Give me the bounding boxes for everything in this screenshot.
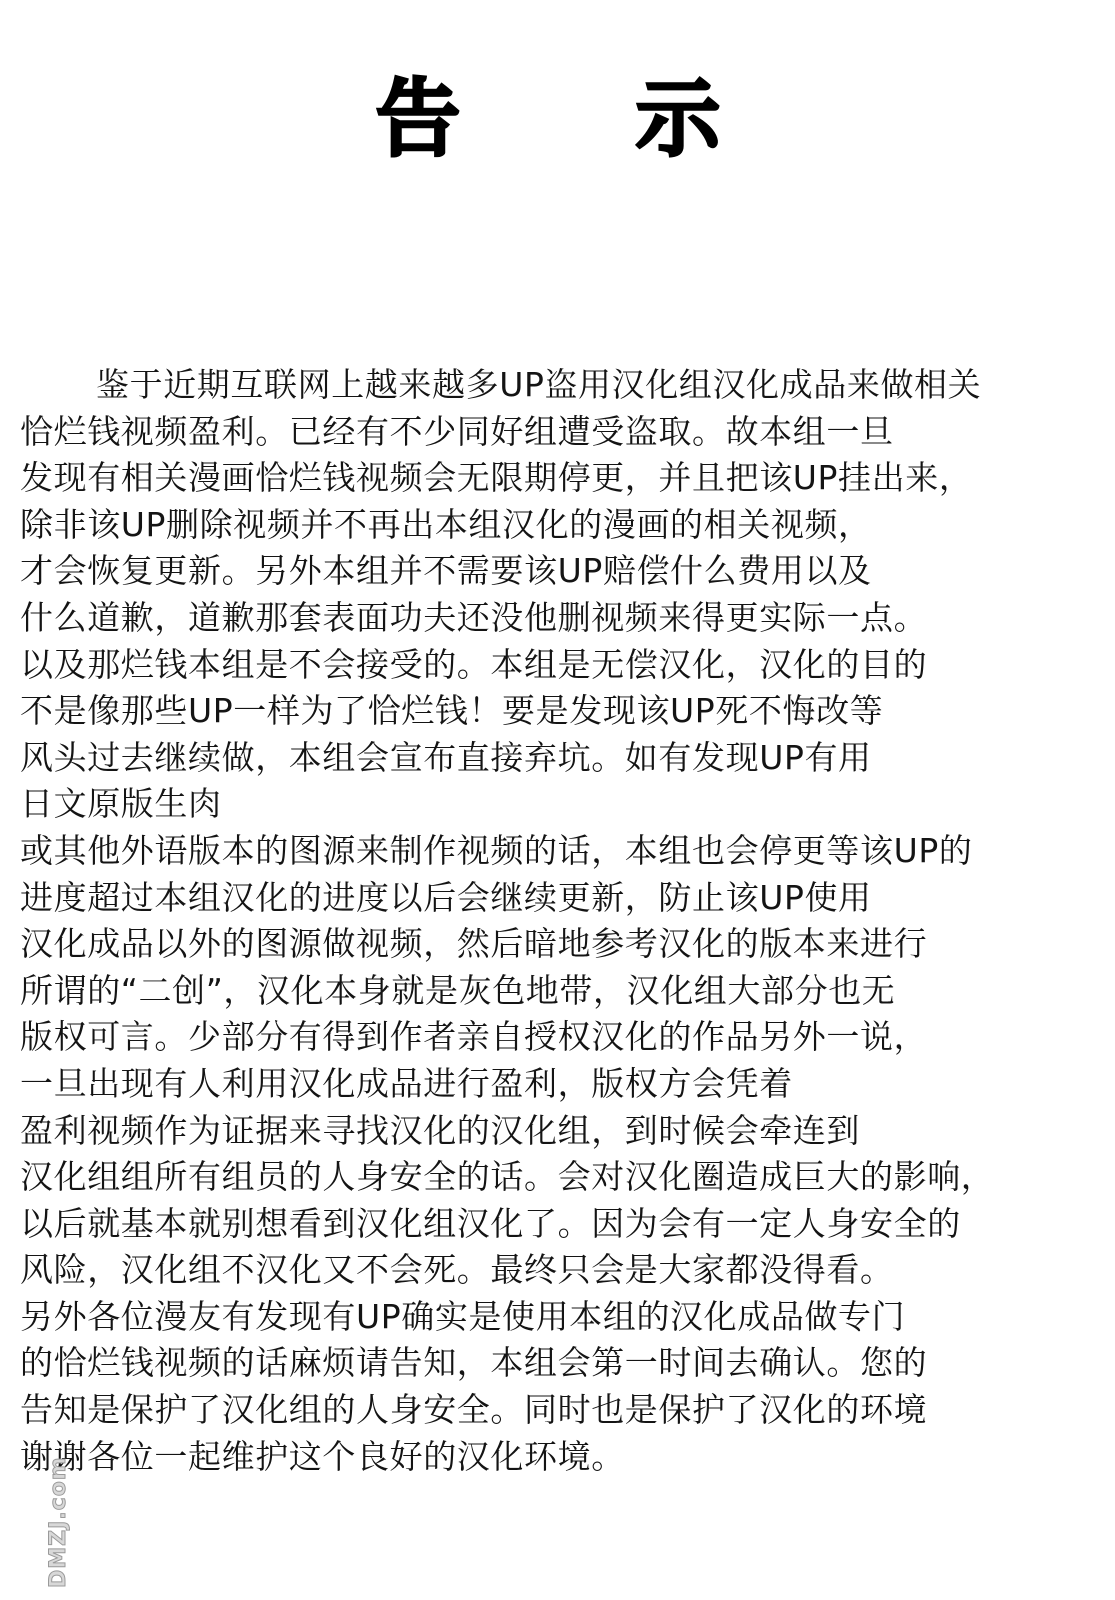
- watermark: DMZJ.com: [12, 1448, 52, 1588]
- body-line: 不是像那些UP一样为了恰烂钱！要是发现该UP死不悔改等: [20, 688, 1110, 735]
- body-line: 恰烂钱视频盈利。已经有不少同好组遭受盗取。故本组一旦: [20, 409, 1110, 456]
- body-line: 鉴于近期互联网上越来越多UP盗用汉化组汉化成品来做相关: [20, 362, 1110, 409]
- body-line: 风头过去继续做，本组会宣布直接弃坑。如有发现UP有用: [20, 735, 1110, 782]
- title-char-1: 告: [376, 72, 460, 167]
- body-line: 汉化组组所有组员的人身安全的话。会对汉化圈造成巨大的影响，: [20, 1154, 1110, 1201]
- body-line: 风险，汉化组不汉化又不会死。最终只会是大家都没得看。: [20, 1247, 1110, 1294]
- body-line: 日文原版生肉: [20, 781, 1110, 828]
- body-line: 除非该UP删除视频并不再出本组汉化的漫画的相关视频，: [20, 502, 1110, 549]
- body-line: 谢谢各位一起维护这个良好的汉化环境。: [20, 1434, 1110, 1481]
- body-line: 版权可言。少部分有得到作者亲自授权汉化的作品另外一说，: [20, 1014, 1110, 1061]
- body-line: 以及那烂钱本组是不会接受的。本组是无偿汉化，汉化的目的: [20, 642, 1110, 689]
- body-line: 一旦出现有人利用汉化成品进行盈利，版权方会凭着: [20, 1061, 1110, 1108]
- body-line: 才会恢复更新。另外本组并不需要该UP赔偿什么费用以及: [20, 548, 1110, 595]
- body-line: 告知是保护了汉化组的人身安全。同时也是保护了汉化的环境: [20, 1387, 1110, 1434]
- body-line: 盈利视频作为证据来寻找汉化的汉化组，到时候会牵连到: [20, 1108, 1110, 1155]
- notice-body: 鉴于近期互联网上越来越多UP盗用汉化组汉化成品来做相关 恰烂钱视频盈利。已经有不…: [20, 362, 1110, 1480]
- body-line: 或其他外语版本的图源来制作视频的话，本组也会停更等该UP的: [20, 828, 1110, 875]
- body-line: 的恰烂钱视频的话麻烦请告知，本组会第一时间去确认。您的: [20, 1340, 1110, 1387]
- body-line: 发现有相关漫画恰烂钱视频会无限期停更，并且把该UP挂出来，: [20, 455, 1110, 502]
- body-line: 汉化成品以外的图源做视频，然后暗地参考汉化的版本来进行: [20, 921, 1110, 968]
- body-line: 什么道歉，道歉那套表面功夫还没他删视频来得更实际一点。: [20, 595, 1110, 642]
- body-line: 所谓的“二创”，汉化本身就是灰色地带，汉化组大部分也无: [20, 968, 1110, 1015]
- body-line: 以后就基本就别想看到汉化组汉化了。因为会有一定人身安全的: [20, 1201, 1110, 1248]
- body-line: 另外各位漫友有发现有UP确实是使用本组的汉化成品做专门: [20, 1294, 1110, 1341]
- body-line: 进度超过本组汉化的进度以后会继续更新，防止该UP使用: [20, 875, 1110, 922]
- title-char-2: 示: [636, 72, 720, 167]
- notice-title: 告 示: [0, 72, 1115, 167]
- watermark-text: DMZJ.com: [46, 1456, 71, 1588]
